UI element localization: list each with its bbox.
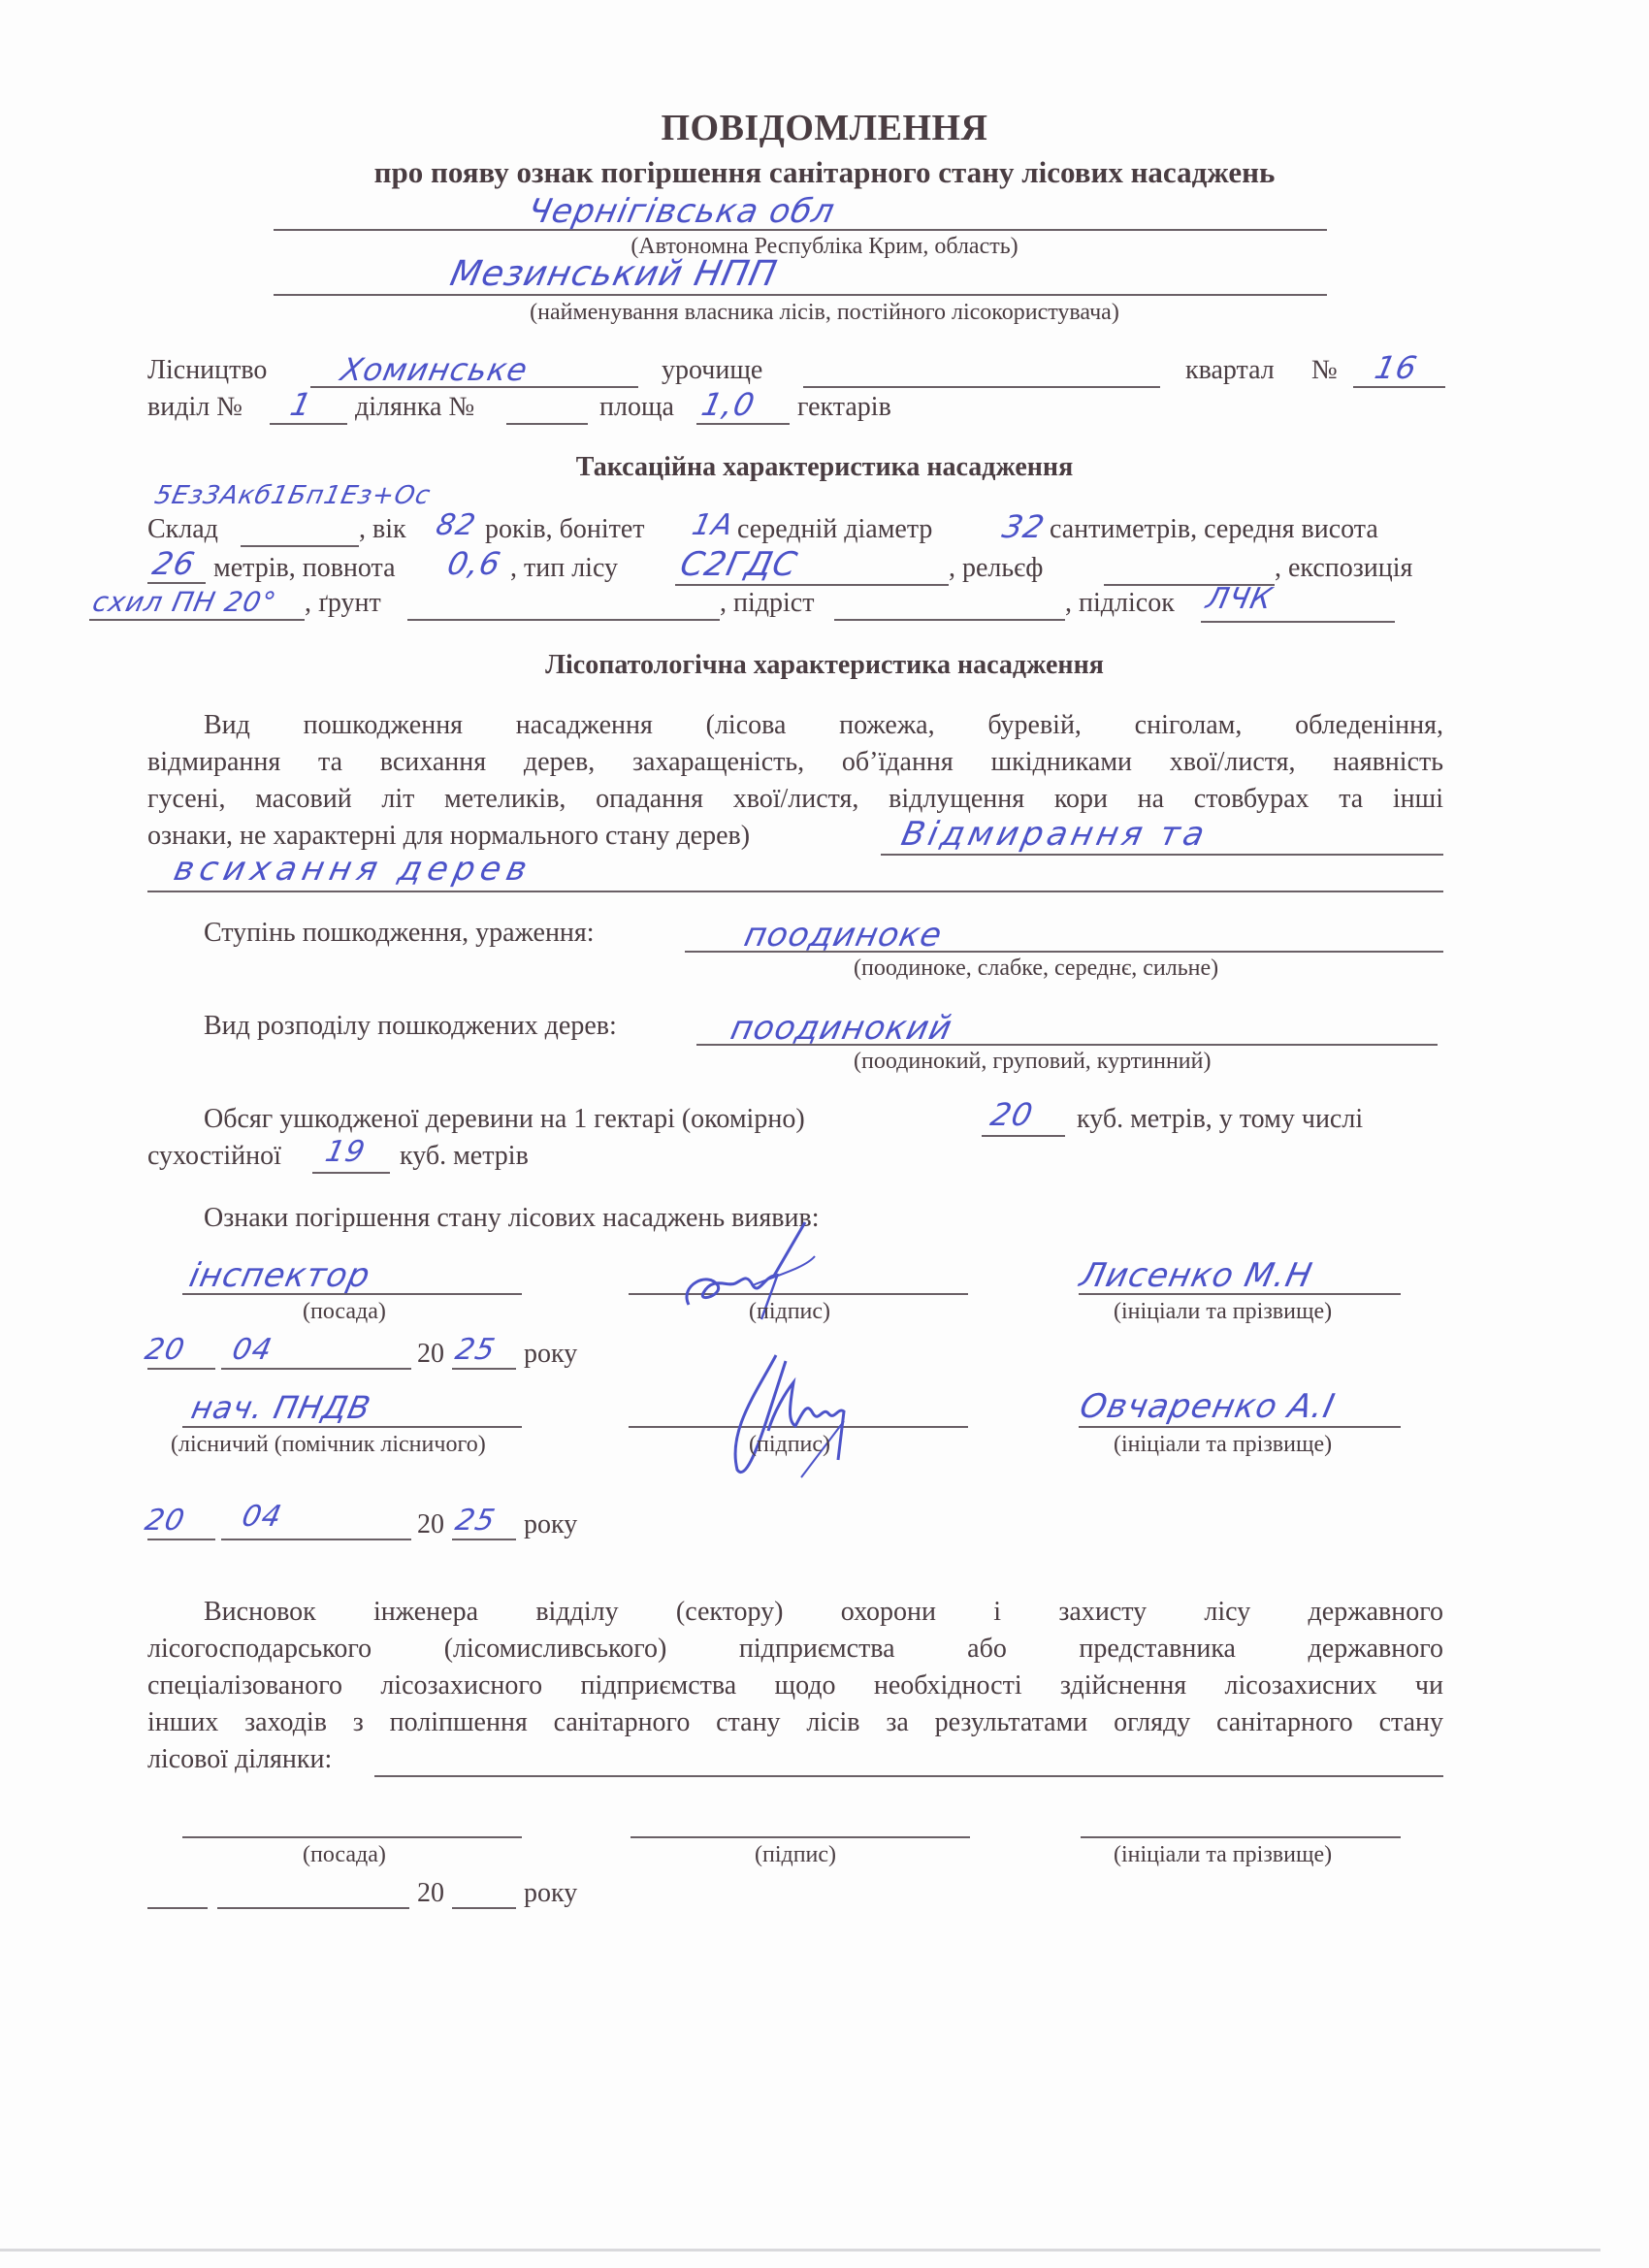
compartment-field[interactable]: 1 xyxy=(287,386,315,423)
age-field[interactable]: 82 xyxy=(433,508,479,542)
sig1-year-field[interactable]: 25 xyxy=(452,1333,499,1367)
forest-type-line xyxy=(675,584,949,586)
composition-label: Склад xyxy=(147,514,218,545)
deadwood-unit: куб. метрів xyxy=(400,1141,529,1172)
sig1-month-field[interactable]: 04 xyxy=(229,1333,275,1367)
taxation-heading: Таксаційна характеристика насадження xyxy=(0,452,1649,483)
sig1-year-unit: року xyxy=(524,1339,577,1370)
conclusion-month-line xyxy=(217,1907,409,1909)
conclusion-line xyxy=(374,1775,1443,1777)
sig1-day-field[interactable]: 20 xyxy=(142,1333,188,1367)
conclusion-year-prefix: 20 xyxy=(417,1878,444,1909)
damage-type-line-1 xyxy=(881,854,1443,856)
conclusion-text-4: інших заходів з поліпшення санітарного с… xyxy=(147,1707,1443,1738)
plot-label: ділянка № xyxy=(355,392,474,423)
age-label: , вік xyxy=(359,514,406,545)
degree-field[interactable]: поодиноке xyxy=(741,916,946,955)
height-field[interactable]: 26 xyxy=(149,545,199,582)
diameter-unit: сантиметрів, середня висота xyxy=(1050,514,1378,545)
conclusion-position-caption: (посада) xyxy=(303,1841,386,1868)
region-caption: (Автономна Республіка Крим, область) xyxy=(0,233,1649,260)
exposure-line xyxy=(89,619,305,621)
diameter-label: середній діаметр xyxy=(737,514,932,545)
sig2-year-field[interactable]: 25 xyxy=(452,1504,499,1538)
height-unit: метрів, повнота xyxy=(213,553,396,584)
composition-field[interactable]: 5Ез3Акб1Бп1Ез+Ос xyxy=(152,481,434,510)
underbrush-field[interactable]: ЛЧК xyxy=(1203,582,1276,616)
area-unit: гектарів xyxy=(797,392,891,423)
quarter-field[interactable]: 16 xyxy=(1372,349,1421,386)
owner-field[interactable]: Мезинський НПП xyxy=(447,254,781,294)
site-index-field[interactable]: 1А xyxy=(689,508,736,542)
damage-type-line-2 xyxy=(147,891,1443,892)
sig1-name-field[interactable]: Лисенко М.Н xyxy=(1077,1256,1316,1295)
conclusion-signature-line xyxy=(630,1836,970,1838)
sig2-name-line xyxy=(1079,1426,1401,1428)
conclusion-day-line xyxy=(147,1907,208,1909)
sig1-month-line xyxy=(221,1368,411,1370)
volume-field[interactable]: 20 xyxy=(987,1096,1037,1133)
sig2-name-caption: (ініціали та прізвище) xyxy=(1114,1431,1332,1458)
owner-line xyxy=(274,294,1327,296)
compartment-label: виділ № xyxy=(147,392,242,423)
area-line xyxy=(696,423,790,425)
sig2-month-field[interactable]: 04 xyxy=(239,1500,285,1534)
damage-type-text-2: відмирання та всихання дерев, захаращені… xyxy=(147,747,1443,778)
volume-line xyxy=(982,1135,1065,1137)
owner-caption: (найменування власника лісів, постійного… xyxy=(0,299,1649,326)
sig1-year-line xyxy=(452,1368,516,1370)
sig2-name-field[interactable]: Овчаренко А.І xyxy=(1077,1387,1339,1426)
soil-line xyxy=(407,619,720,621)
distribution-field[interactable]: поодинокий xyxy=(727,1009,956,1048)
quarter-line xyxy=(1353,386,1445,388)
conclusion-name-caption: (ініціали та прізвище) xyxy=(1114,1841,1332,1868)
soil-label: , ґрунт xyxy=(305,588,381,619)
relief-label: , рельєф xyxy=(949,553,1043,584)
quarter-label: квартал xyxy=(1185,355,1275,386)
sig1-position-caption: (посада) xyxy=(303,1298,386,1325)
compartment-line xyxy=(270,423,347,425)
sig2-signature-caption: (підпис) xyxy=(749,1431,830,1458)
tract-line xyxy=(803,386,1160,388)
conclusion-text-3: спеціалізованого лісозахисного підприємс… xyxy=(147,1670,1443,1701)
sig2-year-line xyxy=(452,1539,516,1540)
sig2-year-unit: року xyxy=(524,1509,577,1540)
sig2-day-field[interactable]: 20 xyxy=(142,1504,188,1538)
region-field[interactable]: Чернігівська обл xyxy=(525,192,839,231)
forestry-label: Лісництво xyxy=(147,355,267,386)
sig1-signature-caption: (підпис) xyxy=(749,1298,830,1325)
conclusion-text-5: лісової ділянки: xyxy=(147,1744,332,1775)
deadwood-field[interactable]: 19 xyxy=(322,1135,369,1169)
conclusion-position-line xyxy=(182,1836,522,1838)
deadwood-label: сухостійної xyxy=(147,1141,281,1172)
sig1-day-line xyxy=(147,1368,215,1370)
sig2-position-line xyxy=(182,1426,522,1428)
exposure-label: , експозиція xyxy=(1275,553,1412,584)
forest-type-field[interactable]: С2ГДС xyxy=(677,545,801,584)
undergrowth-label: , підріст xyxy=(720,588,814,619)
conclusion-name-line xyxy=(1081,1836,1401,1838)
forest-type-label: , тип лісу xyxy=(510,553,618,584)
sig2-position-caption: (лісничий (помічник лісничого) xyxy=(171,1431,486,1458)
conclusion-year-line xyxy=(452,1907,516,1909)
conclusion-text-2: лісогосподарського (лісомисливського) пі… xyxy=(147,1634,1443,1665)
pathology-heading: Лісопатологічна характеристика насадженн… xyxy=(0,650,1649,681)
area-label: площа xyxy=(599,392,674,423)
volume-text-2: куб. метрів, у тому числі xyxy=(1077,1104,1363,1135)
conclusion-signature-caption: (підпис) xyxy=(755,1841,836,1868)
area-field[interactable]: 1,0 xyxy=(698,386,759,423)
damage-type-text-1: Вид пошкодження насадження (лісова пожеж… xyxy=(147,710,1443,741)
sig2-month-line xyxy=(221,1539,411,1540)
age-unit: років, бонітет xyxy=(485,514,645,545)
distribution-caption: (поодинокий, груповий, куртинний) xyxy=(854,1048,1211,1075)
undergrowth-line xyxy=(834,619,1065,621)
forestry-field[interactable]: Хоминське xyxy=(338,351,532,388)
degree-label: Ступінь пошкодження, ураження: xyxy=(204,918,595,949)
underbrush-label: , підлісок xyxy=(1065,588,1175,619)
sig2-year-prefix: 20 xyxy=(417,1509,444,1540)
sig1-name-caption: (ініціали та прізвище) xyxy=(1114,1298,1332,1325)
damage-type-text-3: гусені, масовий літ метеликів, опадання … xyxy=(147,784,1443,815)
underbrush-line xyxy=(1201,621,1395,623)
density-field[interactable]: 0,6 xyxy=(444,545,504,582)
sig2-day-line xyxy=(147,1539,215,1540)
distribution-label: Вид розподілу пошкоджених дерев: xyxy=(204,1011,617,1042)
document-title: ПОВІДОМЛЕННЯ xyxy=(0,107,1649,149)
volume-text-1: Обсяг ушкодженої деревини на 1 гектарі (… xyxy=(204,1104,805,1135)
damage-type-text-4: ознаки, не характерні для нормального ст… xyxy=(147,821,750,852)
document-subtitle: про появу ознак погіршення санітарного с… xyxy=(0,155,1649,190)
quarter-no-sign: № xyxy=(1311,355,1338,386)
plot-line xyxy=(506,423,588,425)
diameter-field[interactable]: 32 xyxy=(999,508,1049,545)
sig1-year-prefix: 20 xyxy=(417,1339,444,1370)
height-line xyxy=(147,582,206,584)
tract-label: урочище xyxy=(662,355,762,386)
sig1-position-field[interactable]: інспектор xyxy=(186,1256,374,1295)
sig2-position-field[interactable]: нач. ПНДВ xyxy=(188,1389,374,1426)
composition-line xyxy=(241,545,359,547)
exposure-field[interactable]: схил ПН 20° xyxy=(89,586,279,618)
damage-type-field-1[interactable]: Відмирання та xyxy=(898,815,1212,854)
scan-bottom-edge xyxy=(0,2249,1600,2252)
conclusion-text-1: Висновок інженера відділу (сектору) охор… xyxy=(147,1597,1443,1628)
deadwood-line xyxy=(312,1172,390,1174)
conclusion-year-unit: року xyxy=(524,1878,577,1909)
damage-type-field-2[interactable]: всихання дерев xyxy=(171,850,536,889)
sig2-signature[interactable] xyxy=(718,1353,902,1484)
degree-caption: (поодиноке, слабке, середнє, сильне) xyxy=(854,955,1218,982)
